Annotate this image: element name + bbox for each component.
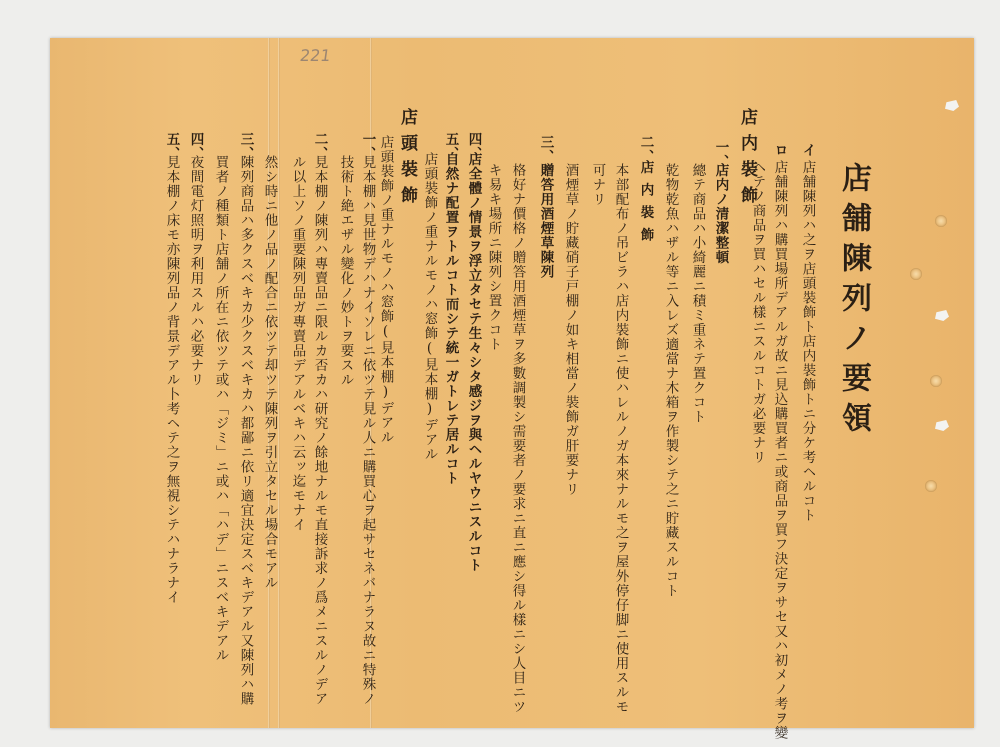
section-heading-storefront: 店頭裝飾 [398,108,415,212]
item-line: 酒煙草ノ貯藏硝子戸棚ノ如キ相當ノ裝飾ガ肝要ナリ [563,163,577,497]
item-line: 可ナリ [590,163,604,207]
intro-marker: ロ [772,143,786,158]
page-title: 店舗陳列ノ要領 [838,162,868,442]
intro-line: 店舗陳列ハ之ヲ店頭裝飾ト店内裝飾トニ分ケ考ヘルコト [800,160,814,523]
item-line: ル以上ソノ重要陳列品ガ專賣品デアルベキハ云ッ迄モナイ [290,155,304,532]
intro-marker: イ [800,143,814,158]
item-title: 自然ナ配置ヲトルコト而シテ統一ガトレテ居ルコト [443,152,457,486]
item-line: 本部配布ノ吊ビラハ店内裝飾ニ使ハレルノガ本來ナルモ之ヲ屋外停仔脚ニ使用スルモ [613,163,627,714]
item-line: 買者ノ種類ト店舗ノ所在ニ依ツテ或ハ「ジミ」ニ或ハ「ハデ」ニスベキデアル [213,155,227,663]
item-line: 乾物乾魚ハザル等ニ入レズ適當ナ木箱ヲ作製シテ之ニ貯藏スルコト [663,163,677,598]
item-title: 店内ノ清潔整頓 [713,163,727,265]
item-title: 店内裝飾 [638,160,652,250]
item-line: 格好ナ價格ノ贈答用酒煙草ヲ多數調製シ需要者ノ要求ニ直ニ應シ得ル樣ニシ人目ニツ [510,163,524,714]
paper-fold [278,38,280,728]
item-line: 店頭裝飾ノ重ナルモノハ窓飾(見本棚)デアル [422,152,436,462]
item-line: 技術ト絶エザル變化ノ妙トヲ要スル [338,155,352,387]
item-line: 然シ時ニ他ノ品ノ配合ニ依ツテ却ツテ陳列ヲ引立タセル場合モアル [262,155,276,590]
pin-mark [935,215,947,227]
item-title: 店全體ノ情景ヲ浮立タセテ生々シタ感ジヲ與ヘルヤウニスルコト [466,152,480,573]
item-line: 總テ商品ハ小綺麗ニ積ミ重ネテ置クコト [690,163,704,424]
section-heading-interior: 店内裝飾 [738,108,755,212]
item-title: 贈答用酒煙草陳列 [538,163,552,279]
item-line: 見本棚ハ見世物デハナイソレニ依ツテ見ル人ニ購買心ヲ起サセネバナラヌ故ニ特殊ノ [360,155,374,706]
pin-mark [910,268,922,280]
item-line: 見本棚ノ床モ亦陳列品ノ背景デアル卜考ヘテ之ヲ無視シテハナラナイ [164,155,178,605]
item-line: キ易キ場所ニ陳列シ置クコト [486,163,500,352]
pin-mark [930,375,942,387]
item-line: 見本棚ノ陳列ハ專賣品ニ限ルカ否カハ研究ノ餘地ナルモ直接訴求ノ爲メニスルノデア [312,155,326,706]
item-line: 夜間電灯照明ヲ利用スルハ必要ナリ [188,155,202,387]
item-line: 陳列商品ハ多クスベキカ少クスベキカハ都鄙ニ依リ適宜決定スベキデアル又陳列ハ購 [238,155,252,706]
pin-mark [925,480,937,492]
intro-line: 店舗陳列ハ購買場所デアルガ故ニ見込購買者ニ或商品ヲ買フ決定ヲサセ又ハ初メノ考ヲ變 [772,160,786,740]
section-intro: 店頭裝飾ノ重ナルモノハ窓飾(見本棚)デアル [378,135,392,445]
handwritten-note: 221 [299,46,332,65]
item-number: 三、 [538,135,552,164]
